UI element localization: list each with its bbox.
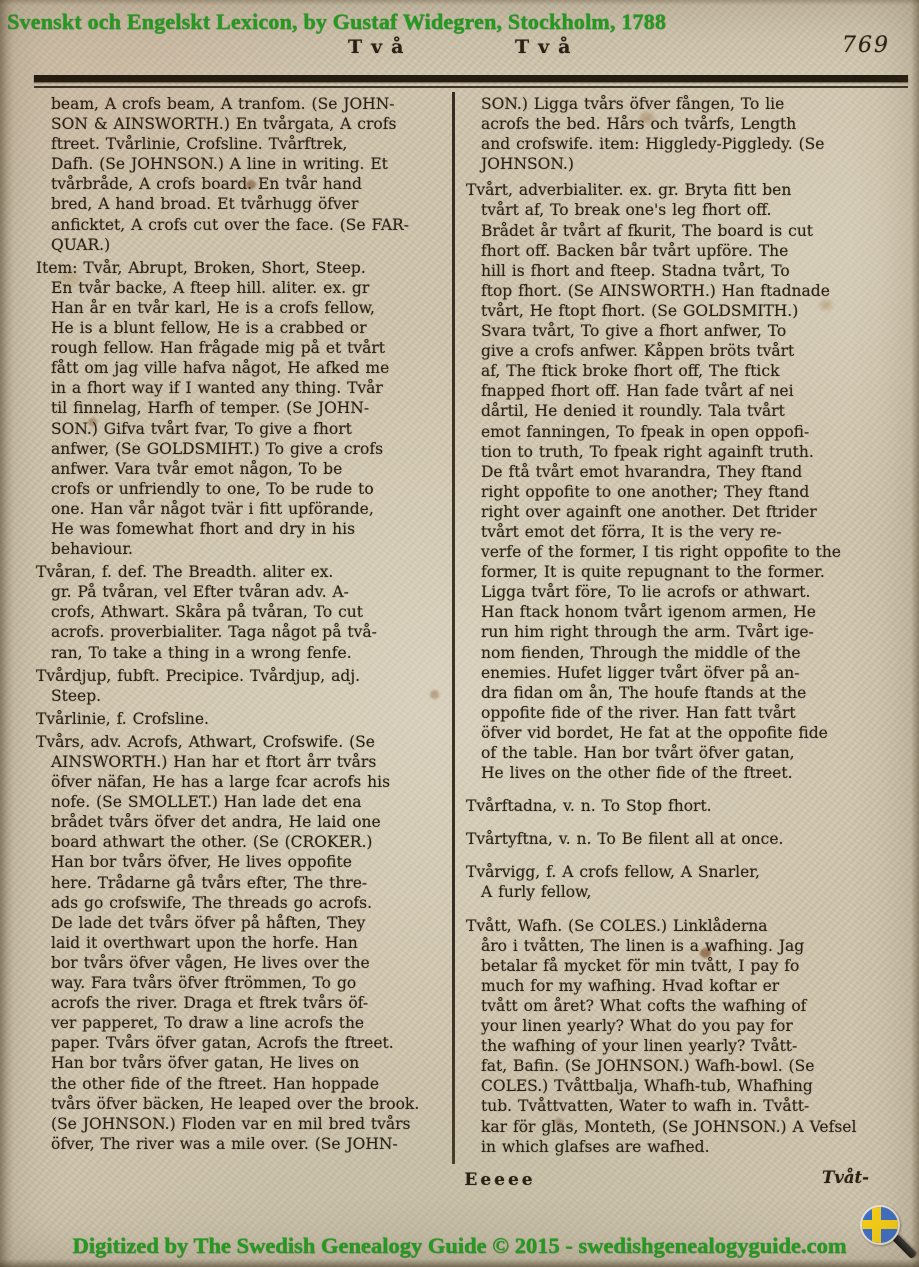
text-line: tvårbråde, A crofs board. En tvår hand <box>36 174 448 194</box>
text-line: your linen yearly? What do you pay for <box>466 1016 914 1036</box>
swedish-flag-lens-icon <box>860 1205 900 1245</box>
text-line: right over againft one another. Det ftri… <box>466 502 914 522</box>
text-line: He is a blunt fellow, He is a crabbed or <box>36 318 448 338</box>
text-line: Tvårvigg, f. A crofs fellow, A Snarler, <box>466 862 914 882</box>
text-line: ran, To take a thing in a wrong fenfe. <box>36 643 448 663</box>
text-line: Dafh. (Se JOHNSON.) A line in writing. E… <box>36 154 448 174</box>
text-line: crofs or unfriendly to one, To be rude t… <box>36 479 448 499</box>
text-line: the wafhing of your linen yearly? Tvått- <box>466 1036 914 1056</box>
text-line: beam, A crofs beam, A tranfom. (Se JOHN- <box>36 94 448 114</box>
text-line: åro i tvåtten, The linen is a wafhing. J… <box>466 936 914 956</box>
digitizer-caption-top: Svenskt och Engelskt Lexicon, by Gustaf … <box>7 9 666 35</box>
text-line: Tvårftadna, v. n. To Stop fhort. <box>466 796 914 816</box>
text-line: De lade det tvårs öfver på håften, They <box>36 913 448 933</box>
text-line: anfwer, (Se GOLDSMIHT.) To give a crofs <box>36 439 448 459</box>
text-line: Tvårtyftna, v. n. To Be filent all at on… <box>466 829 914 849</box>
text-line: Han år en tvår karl, He is a crofs fello… <box>36 298 448 318</box>
digitizer-caption-bottom: Digitized by The Swedish Genealogy Guide… <box>0 1233 919 1259</box>
text-line: nom fienden, Through the middle of the <box>466 643 914 663</box>
text-line: betalar få mycket för min tvått, I pay f… <box>466 956 914 976</box>
text-line: nofe. (Se SMOLLET.) Han lade det ena <box>36 792 448 812</box>
dictionary-column-right: SON.) Ligga tvårs öfver fången, To lieac… <box>466 94 914 1157</box>
text-line: Brådet år tvårt af fkurit, The board is … <box>466 221 914 241</box>
text-line: A furly fellow, <box>466 882 914 902</box>
text-line: tvårs öfver bäcken, He leaped over the b… <box>36 1094 448 1114</box>
text-line: acrofs the bed. Hårs och tvårfs, Length <box>466 114 914 134</box>
text-line: fnapped fhort off. Han fade tvårt af nei <box>466 381 914 401</box>
text-line: ads go crofswife, The threads go acrofs. <box>36 893 448 913</box>
text-line: QUAR.) <box>36 235 448 255</box>
text-line: anficktet, A crofs cut over the face. (S… <box>36 215 448 235</box>
text-line: way. Fara tvårs öfver ftrömmen, To go <box>36 973 448 993</box>
header-rule-thick <box>34 75 908 82</box>
text-line: He was fomewhat fhort and dry in his <box>36 519 448 539</box>
text-line: tvårt emot det förra, It is the very re- <box>466 522 914 542</box>
text-line: gr. På tvåran, vel Efter tvåran adv. A- <box>36 582 448 602</box>
text-line: brådet tvårs öfver det andra, He laid on… <box>36 812 448 832</box>
text-line: AINSWORTH.) Han har et ftort årr tvårs <box>36 752 448 772</box>
scanned-page: Svenskt och Engelskt Lexicon, by Gustaf … <box>0 0 919 1267</box>
text-line: af, The ftick broke fhort off, The ftick <box>466 361 914 381</box>
text-line: dårtil, He denied it roundly. Tala tvårt <box>466 401 914 421</box>
text-line: De ftå tvårt emot hvarandra, They ftand <box>466 462 914 482</box>
text-line: much for my wafhing. Hvad koftar er <box>466 976 914 996</box>
text-line: rough fellow. Han frågade mig på et tvår… <box>36 338 448 358</box>
text-line: paper. Tvårs öfver gatan, Acrofs the ftr… <box>36 1033 448 1053</box>
text-line: tvått om året? What cofts the wafhing of <box>466 996 914 1016</box>
dictionary-column-left: beam, A crofs beam, A tranfom. (Se JOHN-… <box>36 94 448 1154</box>
magnifier-handle-icon <box>892 1234 917 1259</box>
text-line: bor tvårs öfver vågen, He lives over the <box>36 953 448 973</box>
text-line: give a crofs anfwer. Kåppen bröts tvårt <box>466 341 914 361</box>
text-line: fhort off. Backen bår tvårt upföre. The <box>466 241 914 261</box>
text-line: the other fide of the ftreet. Han hoppad… <box>36 1074 448 1094</box>
text-line: in a fhort way if I wanted any thing. Tv… <box>36 378 448 398</box>
text-line: anfwer. Vara tvår emot någon, To be <box>36 459 448 479</box>
text-line: öfver vid bordet, He fat at the oppofite… <box>466 723 914 743</box>
text-line: tvårt af, To break one's leg fhort off. <box>466 200 914 220</box>
text-line: in which glafses are wafhed. <box>466 1137 914 1157</box>
text-line: tion to truth, To fpeak right againft tr… <box>466 442 914 462</box>
text-line: Svara tvårt, To give a fhort anfwer, To <box>466 321 914 341</box>
text-line: Tvårlinie, f. Crofsline. <box>36 709 448 729</box>
text-line: öfver näfan, He has a large fcar acrofs … <box>36 772 448 792</box>
text-line: fat, Bafin. (Se JOHNSON.) Wafh-bowl. (Se <box>466 1056 914 1076</box>
text-line: one. Han vår något tvär i fitt upförande… <box>36 499 448 519</box>
text-line: öfver, The river was a mile over. (Se JO… <box>36 1134 448 1154</box>
text-line: ver papperet, To draw a line acrofs the <box>36 1013 448 1033</box>
text-line: acrofs the river. Draga et ftrek tvårs ö… <box>36 993 448 1013</box>
page-number: 769 <box>842 33 890 58</box>
catchword: Tvåt- <box>822 1168 869 1187</box>
text-line: SON.) Ligga tvårs öfver fången, To lie <box>466 94 914 114</box>
text-line: Tvårt, adverbialiter. ex. gr. Bryta fitt… <box>466 180 914 200</box>
page-edge-bottom <box>0 1259 919 1267</box>
text-line: SON.) Gifva tvårt fvar, To give a fhort <box>36 419 448 439</box>
text-line: Steep. <box>36 686 448 706</box>
text-line: verfe of the former, I tis right oppofit… <box>466 542 914 562</box>
running-head-right: Två <box>515 36 580 58</box>
signature-mark: Eeeee <box>455 1170 545 1190</box>
text-line: board athwart the other. (Se (CROKER.) <box>36 832 448 852</box>
text-line: (Se JOHNSON.) Floden var en mil bred två… <box>36 1114 448 1134</box>
text-line: right oppofite to one another; They ftan… <box>466 482 914 502</box>
text-line: JOHNSON.) <box>466 154 914 174</box>
text-line: Item: Tvår, Abrupt, Broken, Short, Steep… <box>36 258 448 278</box>
text-line: hill is fhort and fteep. Stadna tvårt, T… <box>466 261 914 281</box>
text-line: En tvår backe, A fteep hill. aliter. ex.… <box>36 278 448 298</box>
text-line: bred, A hand broad. Et tvårhugg öfver <box>36 194 448 214</box>
text-line: Tvårs, adv. Acrofs, Athwart, Crofswife. … <box>36 732 448 752</box>
text-line: ftreet. Tvårlinie, Crofsline. Tvårftrek, <box>36 134 448 154</box>
text-line: laid it overthwart upon the horfe. Han <box>36 933 448 953</box>
text-line: Tvåran, f. def. The Breadth. aliter ex. <box>36 562 448 582</box>
text-line: Han bor tvårs öfver gatan, He lives on <box>36 1053 448 1073</box>
text-line: emot fanningen, To fpeak in open oppofi- <box>466 422 914 442</box>
text-line: here. Trådarne gå tvårs efter, The thre- <box>36 873 448 893</box>
text-line: former, It is quite repugnant to the for… <box>466 562 914 582</box>
page-edge-top <box>0 0 919 5</box>
text-line: Tvårdjup, fubft. Precipice. Tvårdjup, ad… <box>36 666 448 686</box>
text-line: dra fidan om ån, The houfe ftands at the <box>466 683 914 703</box>
text-line: Ligga tvårt före, To lie acrofs or athwa… <box>466 582 914 602</box>
text-line: behaviour. <box>36 539 448 559</box>
text-line: crofs, Athwart. Skåra på tvåran, To cut <box>36 602 448 622</box>
text-line: oppofite fide of the river. Han fatt två… <box>466 703 914 723</box>
text-line: He lives on the other fide of the ftreet… <box>466 763 914 783</box>
text-line: tvårt, He ftopt fhort. (Se GOLDSMITH.) <box>466 301 914 321</box>
text-line: Han bor tvårs öfver, He lives oppofite <box>36 852 448 872</box>
text-line: SON & AINSWORTH.) En tvårgata, A crofs <box>36 114 448 134</box>
text-line: acrofs. proverbialiter. Taga något på tv… <box>36 622 448 642</box>
running-head-left: Två <box>348 36 413 58</box>
text-line: ftop fhort. (Se AINSWORTH.) Han ftadnade <box>466 281 914 301</box>
text-line: tub. Tvåttvatten, Water to wafh in. Tvåt… <box>466 1096 914 1116</box>
text-line: enemies. Hufet ligger tvårt öfver på an- <box>466 663 914 683</box>
text-line: COLES.) Tvåttbalja, Whafh-tub, Whafhing <box>466 1076 914 1096</box>
text-line: Tvått, Wafh. (Se COLES.) Linklåderna <box>466 916 914 936</box>
header-rule-thin <box>34 86 908 88</box>
text-line: run him right through the arm. Tvårt ige… <box>466 622 914 642</box>
text-line: of the table. Han bor tvårt öfver gatan, <box>466 743 914 763</box>
text-line: Han ftack honom tvårt igenom armen, He <box>466 602 914 622</box>
page-edge-left <box>0 0 14 1267</box>
flag-cross-vertical <box>872 1207 881 1243</box>
text-line: til finnelag, Harfh of temper. (Se JOHN- <box>36 398 448 418</box>
text-line: fått om jag ville hafva något, He afked … <box>36 358 448 378</box>
swedish-flag-magnifier-icon <box>858 1203 916 1265</box>
text-line: kar för glas, Monteth, (Se JOHNSON.) A V… <box>466 1117 914 1137</box>
text-line: and crofswife. item: Higgledy-Piggledy. … <box>466 134 914 154</box>
column-divider <box>452 92 455 1164</box>
